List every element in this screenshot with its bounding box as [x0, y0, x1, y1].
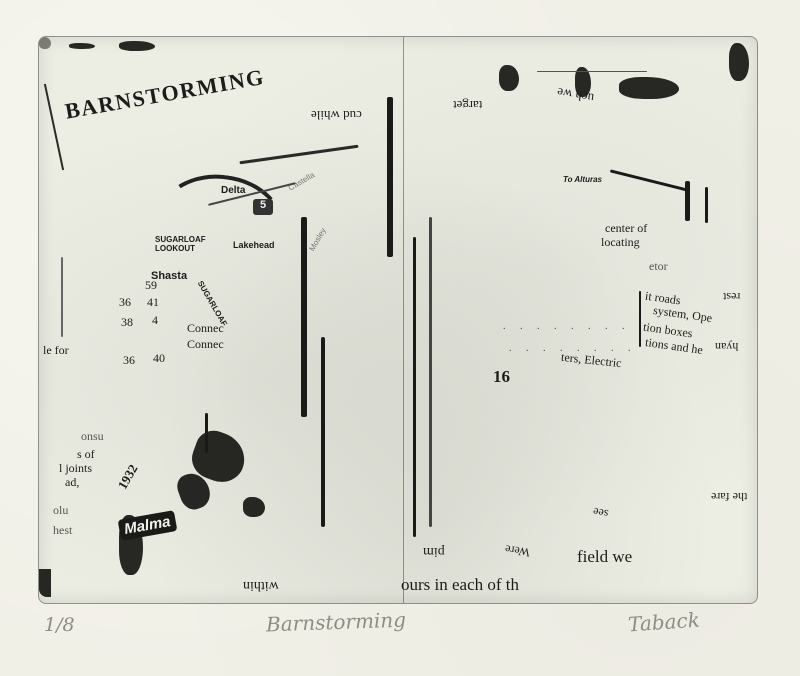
- text-line: etor: [649, 259, 668, 274]
- map-label-mosley: Mosley: [307, 226, 327, 252]
- ink-mark: [69, 43, 95, 49]
- table-number: 4: [152, 313, 158, 328]
- ink-streak: [61, 257, 63, 337]
- table-number: 36: [119, 295, 131, 310]
- etching-plate: BARNSTORMING cud while Delta SUGARLOAF L…: [38, 36, 758, 604]
- ink-streak: [685, 181, 690, 221]
- edition-number: 1/8: [44, 614, 75, 636]
- text-fragment: hest: [53, 523, 72, 538]
- text-fragment: s of: [77, 447, 95, 462]
- text-line: Connec: [187, 321, 224, 336]
- map-label-lakehead: Lakehead: [233, 240, 275, 250]
- text-line: locating: [601, 235, 640, 250]
- table-number: 38: [121, 315, 133, 330]
- plate-corner-ink: [39, 569, 51, 597]
- ink-streak: [301, 217, 307, 417]
- text-fragment: olu: [53, 503, 68, 518]
- leaf-stem: [205, 413, 208, 453]
- title-stamp: BARNSTORMING: [63, 64, 267, 125]
- bracket-line: [639, 291, 641, 347]
- ink-streak: [387, 97, 393, 257]
- ink-streak: [705, 187, 708, 223]
- dashed-rule: [537, 71, 647, 72]
- artist-signature: Taback: [627, 608, 700, 637]
- mirrored-text: target: [453, 97, 482, 113]
- mirrored-text: hyan: [715, 339, 738, 354]
- table-number: 59: [145, 278, 157, 293]
- ink-mark: [499, 65, 519, 91]
- dotted-leader: . . . . . . . .: [503, 321, 631, 332]
- dotted-leader: . . . . . . . .: [509, 343, 637, 354]
- center-fold-line: [403, 37, 404, 603]
- mirrored-text: within: [243, 577, 279, 593]
- text-line: ours in each of th: [401, 575, 519, 595]
- mirrored-text: Were: [504, 541, 531, 559]
- text-line: Connec: [187, 337, 224, 352]
- ink-streak: [429, 217, 432, 527]
- page-number: 16: [493, 367, 510, 387]
- table-number: 40: [153, 351, 165, 366]
- mirrored-text: rest: [723, 289, 740, 304]
- plate-corner-ink: [39, 37, 51, 49]
- map-label-castella: Castella: [287, 170, 317, 192]
- title-rule: [44, 84, 64, 170]
- ink-streak: [321, 337, 325, 527]
- mirrored-text: cud while: [311, 107, 362, 123]
- text-line: field we: [577, 547, 632, 567]
- map-label-sugarloaf-lookout: SUGARLOAF LOOKOUT: [155, 235, 205, 253]
- text-line: le for: [43, 343, 69, 358]
- text-line: center of: [605, 221, 647, 236]
- table-number: 41: [147, 295, 159, 310]
- paper-sheet: BARNSTORMING cud while Delta SUGARLOAF L…: [0, 0, 800, 676]
- map-river-squiggle: [239, 145, 358, 165]
- text-fragment: ad,: [65, 475, 79, 490]
- postage-stamp: 1932: [115, 462, 142, 493]
- text-fragment: l joints: [59, 461, 92, 476]
- map-road: [610, 169, 688, 191]
- text-line: tions and he: [644, 335, 704, 358]
- map-label-to-alturas: To Alturas: [563, 175, 602, 184]
- table-number: 36: [123, 353, 135, 368]
- artwork-title-inscription: Barnstorming: [266, 608, 407, 637]
- text-fragment: onsu: [81, 429, 104, 444]
- route-shield: 5: [253, 199, 273, 215]
- leaf-icon: [243, 497, 265, 517]
- map-highway: [151, 167, 291, 282]
- mirrored-text: the fare: [711, 489, 747, 504]
- ink-streak: [413, 237, 416, 537]
- ink-mark: [729, 43, 749, 81]
- mirrored-text: pim: [423, 543, 445, 559]
- ink-mark: [619, 77, 679, 99]
- ink-mark: [119, 41, 155, 51]
- mirrored-text: see: [592, 504, 610, 521]
